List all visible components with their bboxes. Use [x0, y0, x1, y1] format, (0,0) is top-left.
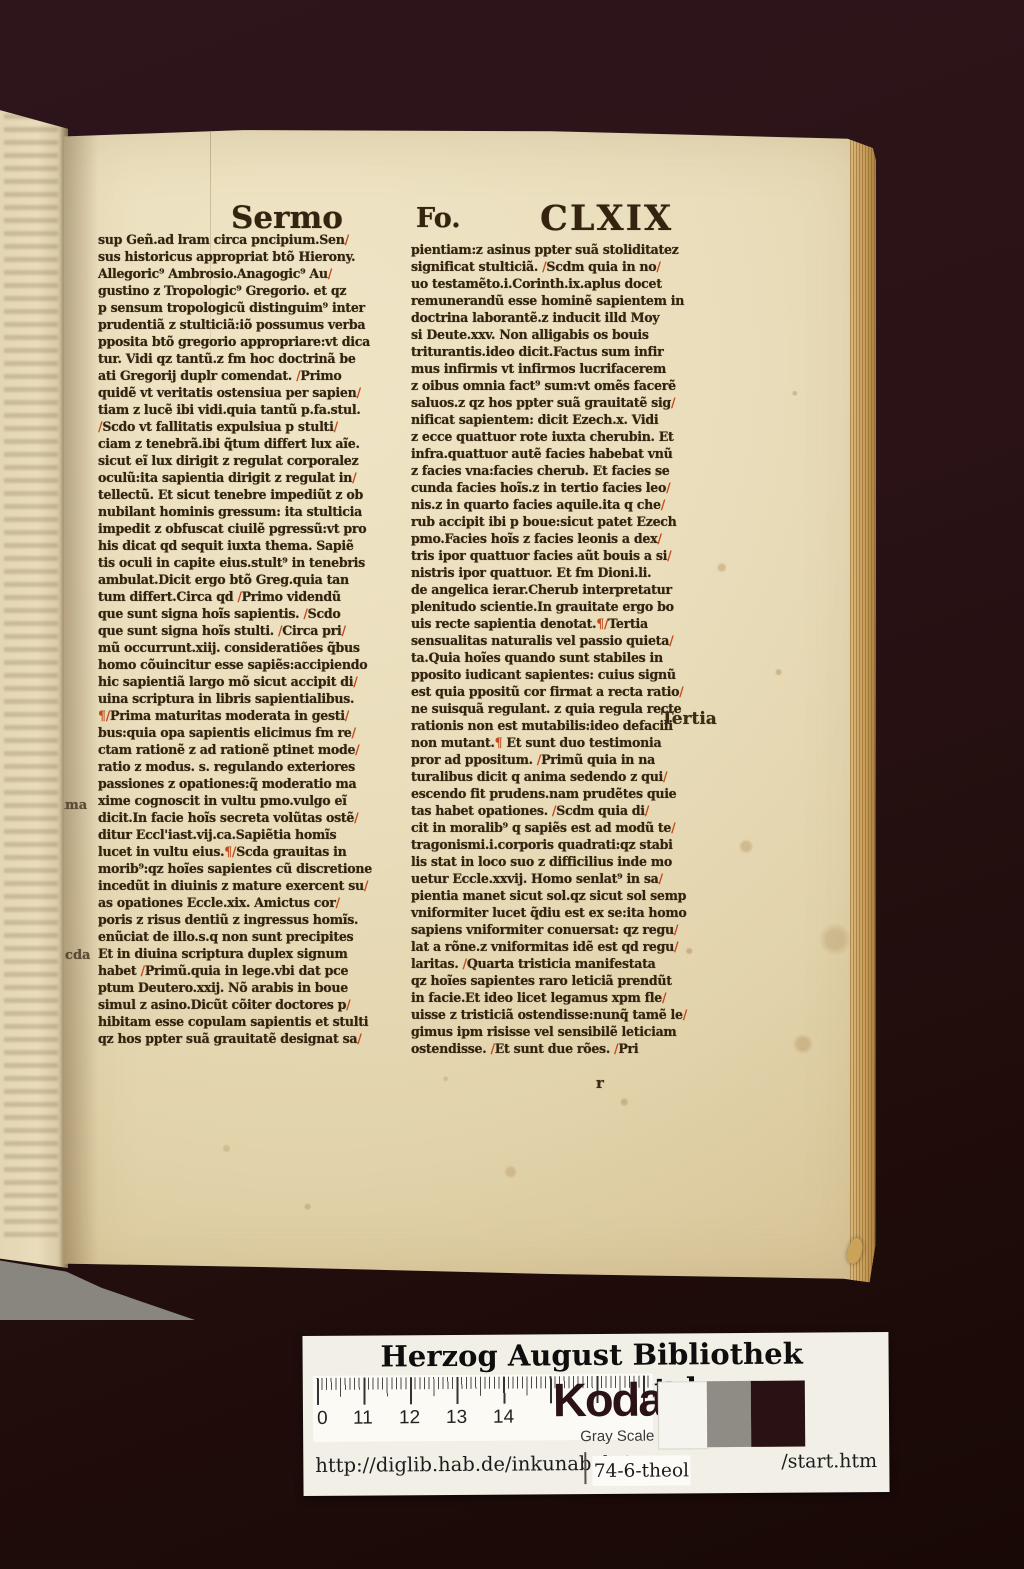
- ruler-number: 0: [317, 1408, 328, 1430]
- text-line: uina scriptura in libris sapientialibus.: [98, 690, 416, 707]
- text-line: in facie.Et ideo licet legamus xpm fle/: [411, 989, 729, 1006]
- text-line: pientiam:z asinus ppter suã stoliditatez: [411, 241, 729, 258]
- text-line: bus:quia opa sapientis elicimus fm re/: [98, 724, 416, 741]
- text-line: pposita btõ gregorio appropriare:vt dica: [98, 333, 416, 350]
- text-line: tellectũ. Et sicut tenebre impediũt z ob: [98, 486, 416, 503]
- text-line: sicut eĩ lux dirigit z regulat corporale…: [98, 452, 416, 469]
- text-line: his dicat qd sequit iuxta thema. Sapiẽ: [98, 537, 416, 554]
- text-line: poris z risus dentiũ z ingressus homĩs.: [98, 911, 416, 928]
- text-line: tas habet opationes. /Scdm quia di/: [411, 802, 729, 819]
- text-line: enũciat de illo.s.q non sunt precipites: [98, 928, 416, 945]
- text-line: ditur Eccl'iast.vij.ca.Sapiẽtia homĩs: [98, 826, 416, 843]
- text-line: cit in moralib⁹ q sapiẽs est ad modũ te/: [411, 819, 729, 836]
- text-line: tris ipor quattuor facies aũt bouis a si…: [411, 547, 729, 564]
- text-line: que sunt signa hoĩs stulti. /Circa pri/: [98, 622, 416, 639]
- text-line: sensualitas naturalis vel passio quieta/: [411, 632, 729, 649]
- text-line: quidẽ vt veritatis ostensiua per sapien/: [98, 384, 416, 401]
- text-line: de angelica ierar.Cherub interpretatur: [411, 581, 729, 598]
- text-line: qz hoĩes sapientes raro leticiã prendũt: [411, 972, 729, 989]
- text-line: tum differt.Circa qd /Primo videndũ: [98, 588, 416, 605]
- text-line: doctrina laborantẽ.z inducit illd Moy: [411, 309, 729, 326]
- text-line: uetur Eccle.xxvij. Homo senlat⁹ in sa/: [411, 870, 729, 887]
- text-line: simul z asino.Dicũt cõiter doctores p/: [98, 996, 416, 1013]
- text-line: significat stulticiã. /Scdm quia in no/: [411, 258, 729, 275]
- text-line: ratio z modus. s. regulando exteriores: [98, 758, 416, 775]
- grayscale-patch-gray: [707, 1381, 751, 1447]
- text-line: qz hos ppter suã grauitatẽ designat sa/: [98, 1030, 416, 1047]
- folio-number: CLXIX: [540, 198, 673, 239]
- text-line: tragonismi.i.corporis quadrati:qz stabi: [411, 836, 729, 853]
- text-line: infra.quattuor autẽ facies habebat vnũ: [411, 445, 729, 462]
- text-line: hibitam esse copulam sapientis et stulti: [98, 1013, 416, 1030]
- text-line: morib⁹:qz hoĩes sapientes cũ discretione: [98, 860, 416, 877]
- text-line: pposito iudicant sapientes: cuius signũ: [411, 666, 729, 683]
- start-page-path: /start.htm: [781, 1450, 877, 1473]
- text-line: triturantis.ideo dicit.Factus sum infir: [411, 343, 729, 360]
- signature-mark: r: [596, 1074, 604, 1092]
- ruler-number: 11: [353, 1408, 373, 1430]
- text-line: ptum Deutero.xxij. Nõ arabis in boue: [98, 979, 416, 996]
- digital-library-url: http://diglib.hab.de/inkunabeln/: [315, 1452, 628, 1477]
- text-line: saluos.z qz hos ppter suã grauitatẽ sig/: [411, 394, 729, 411]
- text-line: z facies vna:facies cherub. Et facies se: [411, 462, 729, 479]
- text-line: incedũt in diuinis z mature exercent su/: [98, 877, 416, 894]
- text-line: tis oculi in capite eius.stult⁹ in teneb…: [98, 554, 416, 571]
- gutter-shadow: [64, 126, 98, 1288]
- card-divider-line: [584, 1452, 586, 1484]
- text-column-right: pientiam:z asinus ppter suã stoliditatez…: [411, 241, 729, 1057]
- text-line: rub accipit ibi p boue:sicut patet Ezech: [411, 513, 729, 530]
- text-line: /Scdo vt fallitatis expulsiua p stulti/: [98, 418, 416, 435]
- text-line: Et in diuina scriptura duplex signum: [98, 945, 416, 962]
- text-line: sus historicus appropriat btõ Hierony.: [98, 248, 416, 265]
- cradle-wedge: [0, 1258, 195, 1320]
- text-line: ciam z tenebrã.ibi q̃tum differt lux aĩe…: [98, 435, 416, 452]
- text-line: tiam z lucẽ ibi vidi.quia tantũ p.fa.stu…: [98, 401, 416, 418]
- text-line: sapiens vniformiter conuersat: qz regu/: [411, 921, 729, 938]
- text-line: impedit z obfuscat ciuilẽ pgressũ:vt pro: [98, 520, 416, 537]
- marginal-note-tertia: Tertia: [661, 709, 717, 729]
- text-line: nubilant hominis gressum: ita stulticia: [98, 503, 416, 520]
- grayscale-patch-dark: [751, 1381, 805, 1447]
- text-line: dicit.In facie hoĩs secreta volũtas ostẽ…: [98, 809, 416, 826]
- text-line: escendo fit prudens.nam prudẽtes quie: [411, 785, 729, 802]
- text-line: ctam rationẽ z ad rationẽ ptinet mode/: [98, 741, 416, 758]
- text-line: laritas. /Quarta tristicia manifestata: [411, 955, 729, 972]
- text-line: sup Geñ.ad lram circa pncipium.Sen/: [98, 231, 416, 248]
- text-line: que sunt signa hoĩs sapientis. /Scdo: [98, 605, 416, 622]
- text-line: ta.Quia hoĩes quando sunt stabiles in: [411, 649, 729, 666]
- text-line: ¶/Prima maturitas moderata in gesti/: [98, 707, 416, 724]
- text-line: z ecce quattuor rote iuxta cherubin. Et: [411, 428, 729, 445]
- text-line: habet /Primũ.quia in lege.vbi dat pce: [98, 962, 416, 979]
- text-line: uo testamẽto.i.Corinth.ix.aplus docet: [411, 275, 729, 292]
- text-line: ambulat.Dicit ergo btõ Greg.quia tan: [98, 571, 416, 588]
- ruler-number: 12: [399, 1407, 420, 1429]
- marginal-note-left-upper: ima: [60, 798, 87, 813]
- text-line: uis recte sapientia denotat.¶/Tertia: [411, 615, 729, 632]
- text-line: cunda facies hoĩs.z in tertio facies leo…: [411, 479, 729, 496]
- text-line: vniformiter lucet q̃diu est ex se:ita ho…: [411, 904, 729, 921]
- ruler-number: 14: [493, 1407, 514, 1429]
- text-line: pientia manet sicut sol.qz sicut sol sem…: [411, 887, 729, 904]
- bleedthrough-text-texture: [4, 114, 58, 1238]
- text-line: mus infirmis vt infirmos lucrifacerem: [411, 360, 729, 377]
- text-line: p sensum tropologicũ distinguim⁹ inter: [98, 299, 416, 316]
- text-line: passiones z opationes:q̃ moderatio ma: [98, 775, 416, 792]
- text-line: z oibus omnia fact⁹ sum:vt omẽs facerẽ: [411, 377, 729, 394]
- ruler-number: 13: [446, 1407, 467, 1429]
- text-line: oculũ:ita sapientia dirigit z regulat in…: [98, 469, 416, 486]
- text-line: ostendisse. /Et sunt due rões. /Pri: [411, 1040, 729, 1057]
- text-line: pmo.Facies hoĩs z facies leonis a dex/: [411, 530, 729, 547]
- incunabulum-page: Sermo Fo. CLXIX sup Geñ.ad lram circa pn…: [64, 126, 876, 1288]
- grayscale-patch-white: [658, 1381, 708, 1449]
- text-line: tur. Vidi qz tantũ.z fm hoc doctrinã be: [98, 350, 416, 367]
- text-line: lucet in vultu eius.¶/Scda grauitas in: [98, 843, 416, 860]
- text-line: mũ occurrunt.xiij. consideratiões q̃bus: [98, 639, 416, 656]
- text-line: nistris ipor quattuor. Et fm Dioni.li.: [411, 564, 729, 581]
- text-line: ati Gregorij duplr comendat. /Primo: [98, 367, 416, 384]
- text-line: pror ad ppositum. /Primũ quia in na: [411, 751, 729, 768]
- gray-scale-label: Gray Scale: [580, 1428, 654, 1446]
- text-column-left: sup Geñ.ad lram circa pncipium.Sen/sus h…: [98, 231, 416, 1047]
- text-line: xime cognoscit in vultu pmo.vulgo eĩ: [98, 792, 416, 809]
- text-line: homo cõuincitur esse sapiẽs:accipiendo: [98, 656, 416, 673]
- text-line: lat a rõne.z vniformitas idẽ est qd regu…: [411, 938, 729, 955]
- text-line: prudentiã z stulticiã:iõ possumus verba: [98, 316, 416, 333]
- text-line: gustino z Tropologic⁹ Gregorio. et qz: [98, 282, 416, 299]
- text-line: gimus ipm risisse vel sensibilẽ leticiam: [411, 1023, 729, 1040]
- text-line: uisse z tristiciã ostendisse:nunq̃ tamẽ …: [411, 1006, 729, 1023]
- text-line: si Deute.xxv. Non alligabis os bouis: [411, 326, 729, 343]
- text-line: Allegoric⁹ Ambrosio.Anagogic⁹ Au/: [98, 265, 416, 282]
- text-line: est quia ppositũ cor firmat a recta rati…: [411, 683, 729, 700]
- text-line: lis stat in loco suo z difficilius inde …: [411, 853, 729, 870]
- text-line: hic sapientiã largo mõ sicut accipit di/: [98, 673, 416, 690]
- text-line: turalibus dicit q anima sedendo z qui/: [411, 768, 729, 785]
- text-line: nis.z in quarto facies aquile.ita q che/: [411, 496, 729, 513]
- scanned-book-photo: Sermo Fo. CLXIX sup Geñ.ad lram circa pn…: [0, 0, 1024, 1569]
- running-head-fo: Fo.: [416, 203, 461, 234]
- text-line: remunerandũ esse hominẽ sapientem in: [411, 292, 729, 309]
- shelfmark: 74-6-theol: [592, 1455, 690, 1486]
- text-line: non mutant.¶ Et sunt duo testimonia: [411, 734, 729, 751]
- library-label-card: Herzog August Bibliothek Wolfenbüttel 0 …: [302, 1332, 889, 1496]
- text-line: nificat sapientem: dicit Ezech.x. Vidi: [411, 411, 729, 428]
- facing-pages-edge: [0, 96, 68, 1268]
- text-line: as opationes Eccle.xix. Amictus cor/: [98, 894, 416, 911]
- text-line: plenitudo scientie.In grauitate ergo bo: [411, 598, 729, 615]
- book-fore-edge: [850, 140, 876, 1284]
